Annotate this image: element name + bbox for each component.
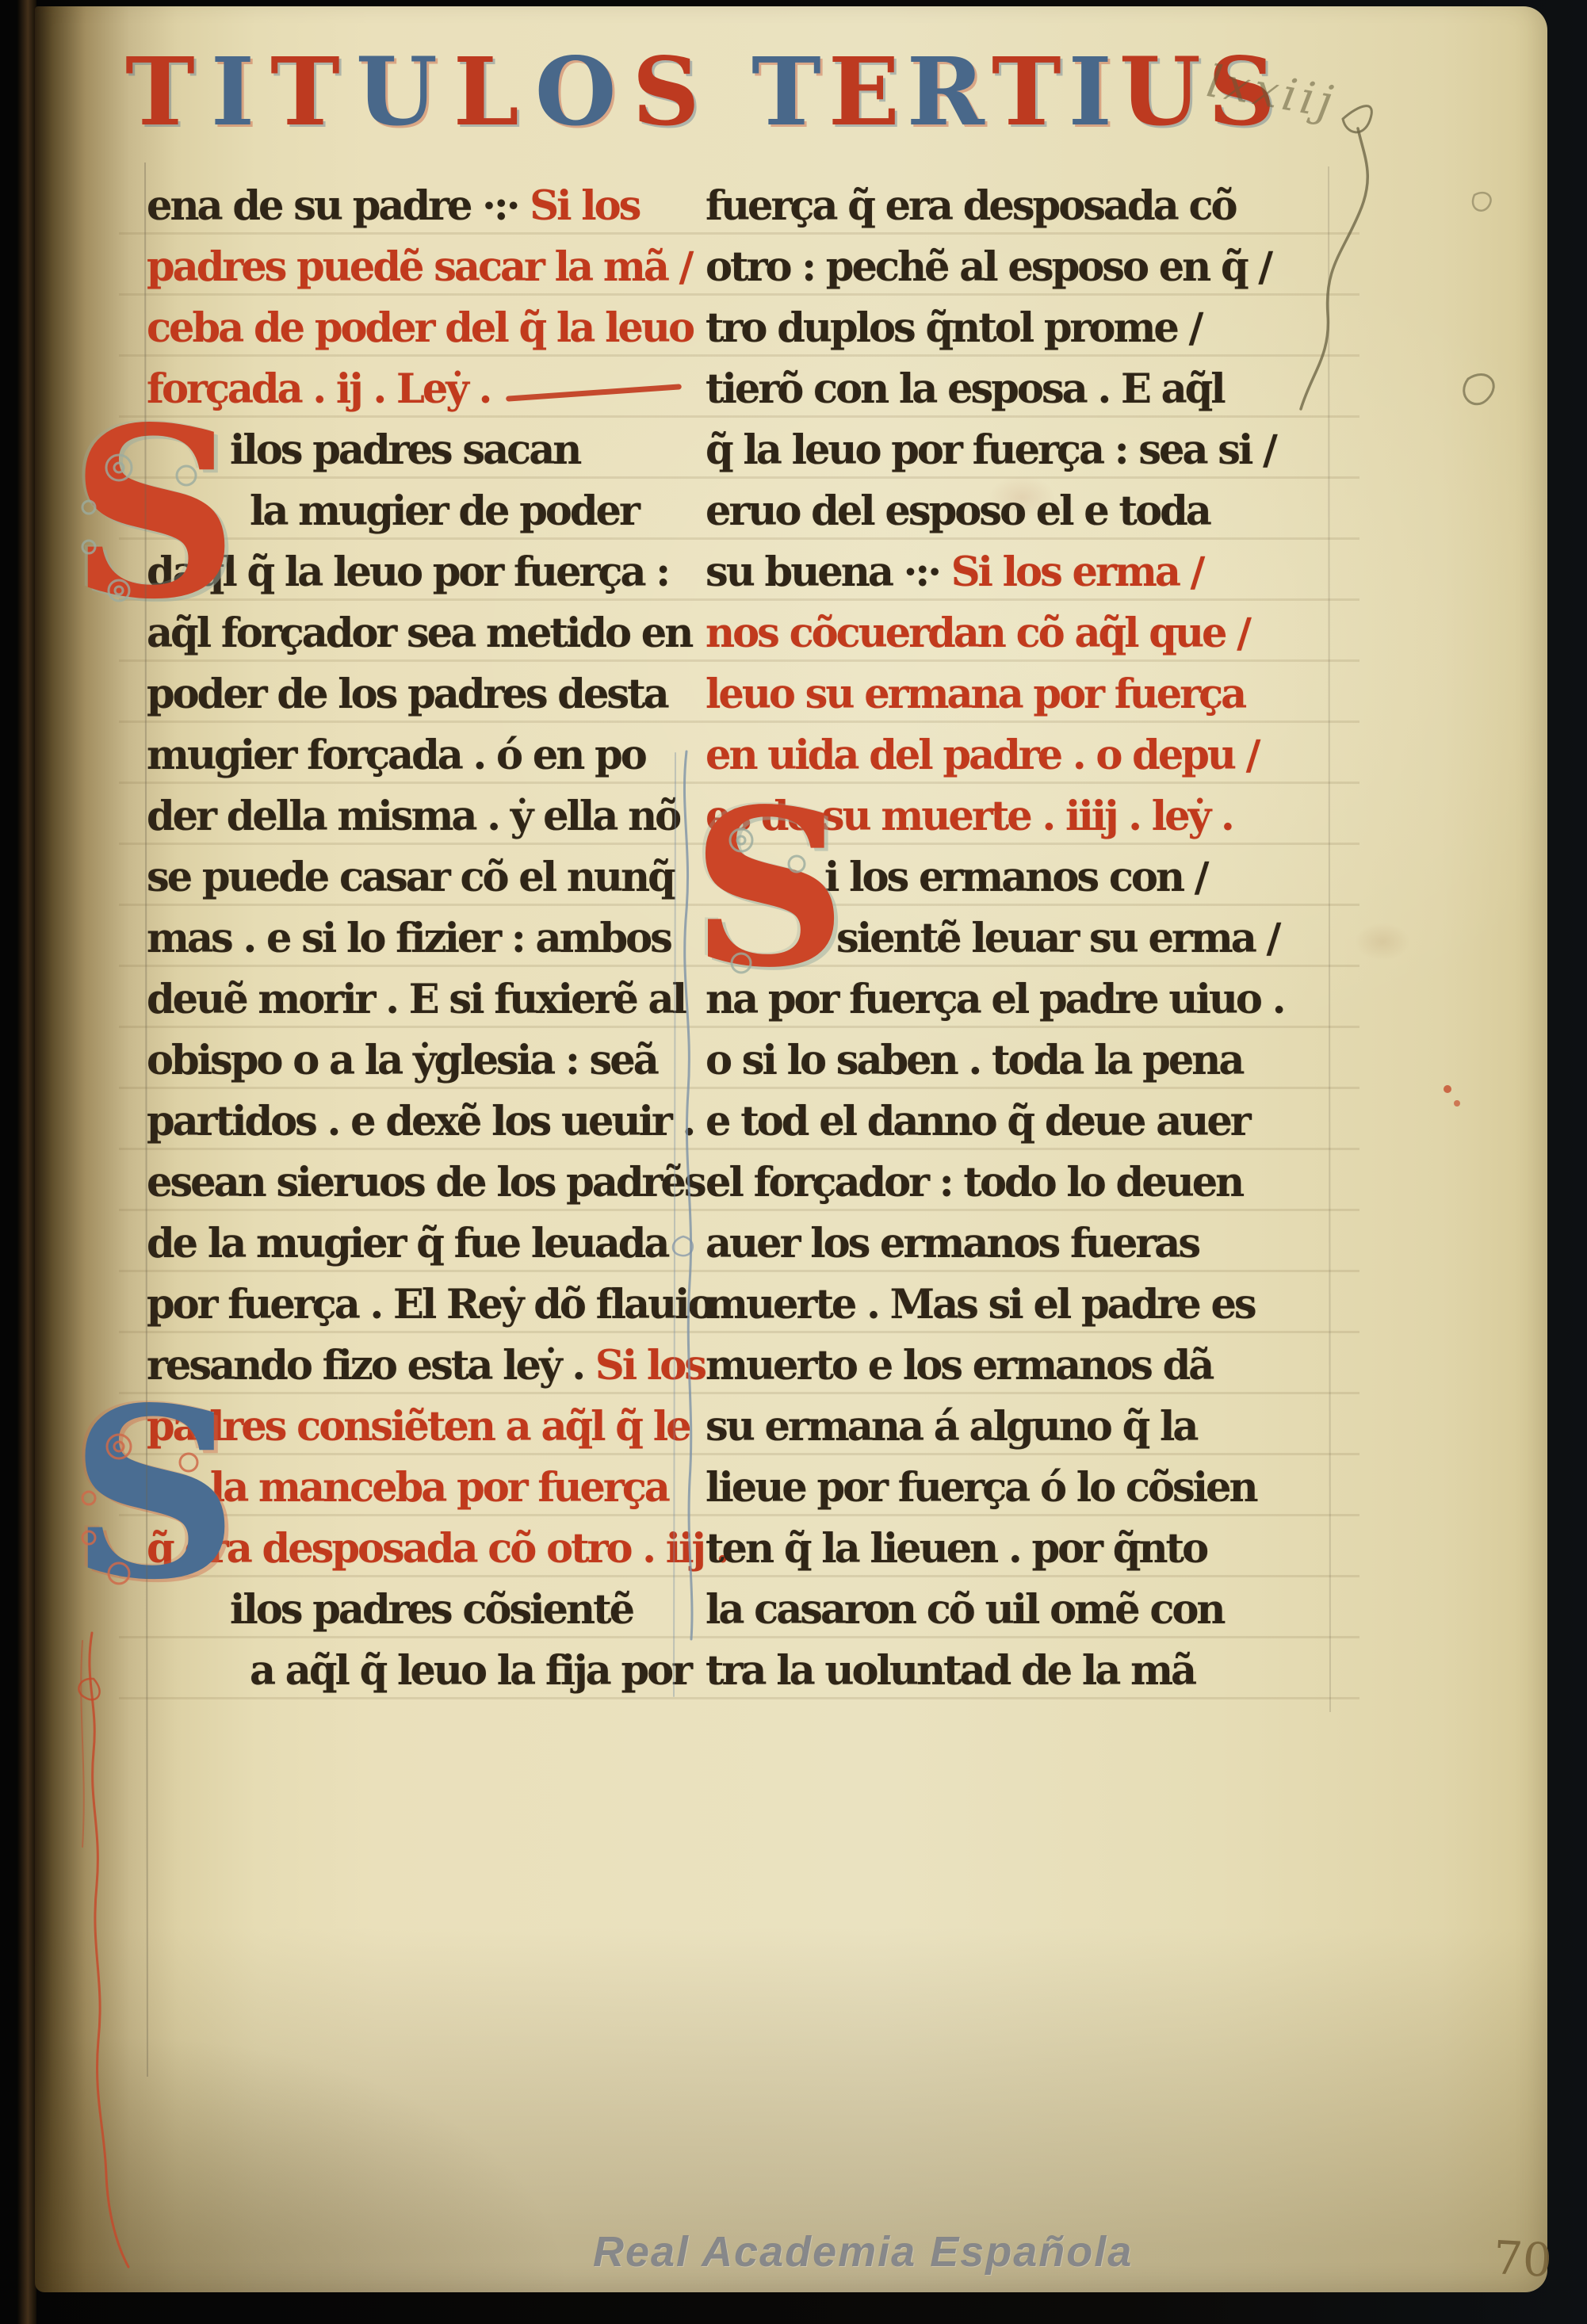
text-line: a aq̃l q̃ leuo la fija por: [147, 1641, 694, 1702]
ink-segment: der della misma . ẏ ella nõ: [147, 793, 679, 840]
ink-segment: poder de los padres desta: [147, 671, 667, 718]
text-line: la casaron cõ uil omẽ con: [706, 1580, 1340, 1641]
ink-segment: ilos padres cõsientẽ: [230, 1586, 633, 1634]
text-line: ten q̃ la lieuen . por q̃nto: [706, 1519, 1340, 1580]
text-line: su ermana á alguno q̃ la: [706, 1397, 1340, 1458]
text-line: esean sieruos de los padrẽs: [147, 1152, 694, 1214]
illuminated-initial-s: S: [70, 408, 239, 619]
ink-segment: muerte . Mas si el padre es: [706, 1281, 1255, 1328]
ink-segment: el forçador : todo lo deuen: [706, 1159, 1242, 1206]
ink-segment: ilos padres sacan: [230, 426, 579, 474]
header-letter: I: [1069, 40, 1112, 144]
text-line: partidos . e dexẽ los ueuir .: [147, 1091, 694, 1152]
text-line: leuo su ermana por fuerça: [706, 664, 1340, 725]
manuscript-scan: T I T U L O S T E R T I U S ena de su pa…: [0, 0, 1587, 2324]
text-line: tra la uoluntad de la mã: [706, 1641, 1340, 1702]
text-line: nos cõcuerdan cõ aq̃l que ∕: [706, 603, 1340, 664]
ink-segment: e tod el danno q̃ deue auer: [706, 1098, 1249, 1145]
ink-segment: i los ermanos con ∕: [824, 854, 1207, 901]
ink-segment: partidos . e dexẽ los ueuir .: [147, 1098, 694, 1145]
text-line: muerte . Mas si el padre es: [706, 1275, 1340, 1336]
ink-segment: ceba de poder del q̃ la leuo: [147, 304, 693, 352]
ink-segment: Si los: [595, 1342, 705, 1389]
ink-segment: la casaron cõ uil omẽ con: [706, 1586, 1224, 1634]
text-line: auer los ermanos fueras: [706, 1214, 1340, 1275]
header-letter: O: [535, 40, 617, 144]
text-line: mas . e si lo fizier : ambos: [147, 908, 694, 969]
ink-segment: lieue por fuerça ó lo cõsien: [706, 1464, 1256, 1512]
header-letter: T: [992, 40, 1061, 144]
ink-segment: obispo o a la ẏglesia : seã: [147, 1037, 657, 1084]
text-line: por fuerça . El Reẏ dõ flauio: [147, 1275, 694, 1336]
text-line: q̃ la leuo por fuerça : sea si ∕: [706, 420, 1340, 481]
text-line: tierõ con la esposa . E aq̃l: [706, 359, 1340, 420]
ink-segment: a aq̃l q̃ leuo la fija por: [250, 1647, 690, 1695]
ink-segment: Si los erma ∕: [951, 549, 1203, 596]
ink-segment: tro duplos q̃ntol prome ∕: [706, 304, 1201, 352]
ink-segment: mugier forçada . ó en po: [147, 732, 645, 779]
ink-segment: la mugier de poder: [250, 487, 638, 535]
text-line: ena de su padre ·:· Si los: [147, 176, 694, 237]
ink-segment: de la mugier q̃ fue leuada: [147, 1220, 667, 1267]
header-letter: E: [828, 40, 900, 144]
ink-segment: deuẽ morir . E si fuxierẽ al: [147, 976, 685, 1023]
header-letter: I: [211, 40, 254, 144]
folio-number: 70: [1492, 2230, 1553, 2288]
illuminated-initial-s: S: [70, 1389, 239, 1600]
ink-segment: eruo del esposo el e toda: [706, 487, 1210, 535]
ink-segment: su buena ·:·: [706, 549, 951, 596]
ink-segment: ten q̃ la lieuen . por q̃nto: [706, 1525, 1207, 1573]
ink-segment: nos cõcuerdan cõ aq̃l que ∕: [706, 610, 1249, 657]
text-line: se puede casar cõ el nunq̃: [147, 847, 694, 908]
ink-segment: tra la uoluntad de la mã: [706, 1647, 1195, 1695]
text-line: su buena ·:· Si los erma ∕: [706, 542, 1340, 603]
ink-segment: Si los: [518, 182, 640, 230]
ink-segment: leuo su ermana por fuerça: [706, 671, 1245, 718]
header-letter: T: [125, 40, 195, 144]
header-letter: U: [1119, 40, 1201, 144]
text-line: eruo del esposo el e toda: [706, 481, 1340, 542]
ink-segment: otro : pechẽ al esposo en q̃ ∕: [706, 243, 1271, 291]
header-letter: R: [907, 40, 985, 144]
ink-segment: sientẽ leuar su erma ∕: [836, 915, 1279, 962]
rubric-line-filler: [506, 384, 682, 401]
header-letter: U: [356, 40, 438, 144]
ink-segment: padres puedẽ sacar la mã ∕: [147, 243, 691, 291]
ink-segment: fuerça q̃ era desposada cõ: [706, 182, 1236, 230]
text-line: fuerça q̃ era desposada cõ: [706, 176, 1340, 237]
ink-segment: esean sieruos de los padrẽs: [147, 1159, 705, 1206]
text-line: tro duplos q̃ntol prome ∕: [706, 298, 1340, 359]
ink-segment: mas . e si lo fizier : ambos: [147, 915, 671, 962]
text-line: e tod el danno q̃ deue auer: [706, 1091, 1340, 1152]
ink-segment: tierõ con la esposa . E aq̃l: [706, 365, 1224, 413]
running-header-titulos: T I T U L O S: [125, 40, 700, 144]
illuminated-initial-s: S: [691, 793, 847, 987]
header-letter: L: [453, 40, 519, 144]
text-line: padres puedẽ sacar la mã ∕: [147, 237, 694, 298]
text-line: obispo o a la ẏglesia : seã: [147, 1030, 694, 1091]
text-line: der della misma . ẏ ella nõ: [147, 786, 694, 847]
running-header-tertius: T E R T I U S: [751, 40, 1275, 144]
header-letter: S: [633, 40, 700, 144]
text-line: poder de los padres desta: [147, 664, 694, 725]
text-line: o si lo saben . toda la pena: [706, 1030, 1340, 1091]
library-watermark: Real Academia Española: [593, 2227, 1133, 2276]
text-line: deuẽ morir . E si fuxierẽ al: [147, 969, 694, 1030]
ink-segment: ena de su padre ·:·: [147, 182, 518, 230]
binding-gutter: [17, 0, 36, 2324]
text-line: otro : pechẽ al esposo en q̃ ∕: [706, 237, 1340, 298]
ink-segment: por fuerça . El Reẏ dõ flauio: [147, 1281, 713, 1328]
ink-segment: se puede casar cõ el nunq̃: [147, 854, 674, 901]
header-letter: T: [751, 40, 821, 144]
header-letter: T: [270, 40, 340, 144]
ink-segment: muerto e los ermanos dã: [706, 1342, 1212, 1389]
ink-segment: su ermana á alguno q̃ la: [706, 1403, 1196, 1451]
text-line: ceba de poder del q̃ la leuo: [147, 298, 694, 359]
text-line: muerto e los ermanos dã: [706, 1336, 1340, 1397]
text-line: mugier forçada . ó en po: [147, 725, 694, 786]
ink-segment: o si lo saben . toda la pena: [706, 1037, 1242, 1084]
text-line: de la mugier q̃ fue leuada: [147, 1214, 694, 1275]
text-line: el forçador : todo lo deuen: [706, 1152, 1340, 1214]
ink-segment: q̃ la leuo por fuerça : sea si ∕: [706, 426, 1275, 474]
text-line: lieue por fuerça ó lo cõsien: [706, 1458, 1340, 1519]
ink-segment: auer los ermanos fueras: [706, 1220, 1199, 1267]
